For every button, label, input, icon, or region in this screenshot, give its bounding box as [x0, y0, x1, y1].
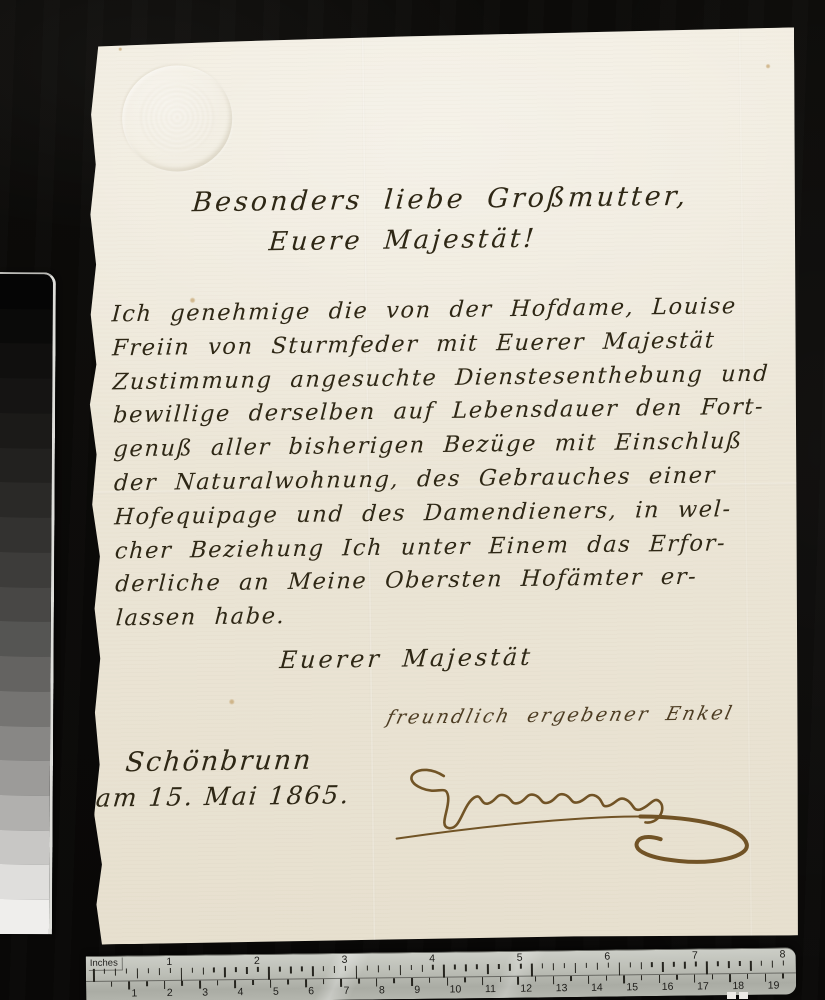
inch-tick: [520, 964, 522, 969]
grayscale-step: [0, 864, 49, 899]
salutation-line-2: Euere Majestät!: [46, 221, 760, 260]
inch-tick: [399, 965, 401, 975]
inch-tick: [257, 967, 259, 972]
inch-tick: [334, 966, 336, 973]
inch-tick: [706, 961, 708, 974]
grayscale-step: [0, 656, 51, 691]
grayscale-step: [0, 830, 50, 865]
inch-tick: [323, 966, 325, 971]
cm-number: 10: [450, 983, 462, 995]
inch-number: 2: [254, 955, 260, 967]
inch-tick: [761, 961, 763, 966]
foxing-spot: [118, 47, 122, 51]
ruler: Inches 123456781234567891011121314151617…: [86, 947, 797, 1000]
cm-tick: [588, 976, 590, 984]
inch-tick: [531, 964, 533, 977]
inch-tick: [290, 966, 292, 973]
salutation-line-1: Besonders liebe Großmutter,: [83, 179, 797, 219]
grayscale-step: [0, 726, 50, 761]
grayscale-step: [0, 378, 52, 413]
half-cm-tick: [570, 976, 572, 981]
place-line: Schönbrunn: [124, 745, 314, 778]
inch-tick: [454, 964, 456, 969]
inch-tick: [607, 963, 609, 968]
inch-tick: [739, 961, 741, 966]
cm-number: 19: [768, 980, 780, 992]
half-cm-tick: [111, 982, 113, 987]
inch-tick: [367, 966, 369, 971]
grayscale-step: [0, 517, 52, 552]
cm-tick: [270, 980, 272, 988]
cm-tick: [623, 975, 625, 983]
cm-number: 3: [202, 987, 208, 999]
grayscale-calibration-strip: [0, 272, 56, 934]
ruler-divider: [86, 972, 796, 982]
half-cm-tick: [747, 974, 749, 979]
grayscale-step: [0, 552, 51, 587]
grayscale-step: [0, 760, 50, 795]
half-cm-tick: [146, 981, 148, 986]
grayscale-step: [0, 621, 51, 656]
half-cm-tick: [181, 981, 183, 986]
inch-tick: [783, 960, 785, 965]
grayscale-step: [0, 274, 53, 309]
cm-tick: [482, 977, 484, 985]
inch-tick: [750, 961, 752, 971]
grayscale-step: [0, 309, 53, 344]
half-cm-tick: [464, 977, 466, 982]
half-cm-tick: [641, 975, 643, 980]
inch-number: 8: [779, 948, 785, 960]
inch-number: 4: [429, 953, 435, 965]
photographed-letter-scene: Besonders liebe Großmutter, Euere Majest…: [0, 0, 825, 1000]
cm-tick: [447, 978, 449, 986]
inch-tick: [137, 968, 139, 978]
inch-tick: [465, 964, 467, 971]
half-cm-tick: [606, 976, 608, 981]
cm-number: 17: [697, 980, 709, 992]
inch-tick: [148, 968, 150, 973]
inch-tick: [301, 966, 303, 971]
cm-number: 2: [167, 987, 173, 999]
inch-number: 3: [342, 954, 348, 966]
half-cm-tick: [535, 976, 537, 981]
inch-tick: [191, 968, 193, 973]
date-line: am 15. Mai 1865.: [95, 780, 352, 812]
cm-number: 12: [520, 983, 532, 995]
closing-address: Euerer Majestät: [49, 640, 763, 677]
cm-number: 13: [556, 982, 568, 994]
half-cm-tick: [429, 978, 431, 983]
foxing-spot: [90, 51, 97, 58]
letter-paper: Besonders liebe Großmutter, Euere Majest…: [82, 27, 806, 944]
cm-tick: [340, 979, 342, 987]
cm-number: 11: [485, 983, 496, 995]
inch-number: 7: [692, 950, 698, 962]
inch-tick: [202, 968, 204, 975]
inch-tick: [586, 963, 588, 968]
cm-number: 6: [308, 985, 314, 997]
grayscale-step: [0, 413, 52, 448]
inch-tick: [410, 965, 412, 970]
inch-tick: [717, 961, 719, 966]
inch-tick: [575, 963, 577, 973]
cm-tick: [729, 974, 731, 982]
inch-tick: [476, 964, 478, 969]
inch-tick: [432, 965, 434, 970]
half-cm-tick: [676, 975, 678, 980]
inch-tick: [246, 967, 248, 974]
inch-tick: [695, 962, 697, 967]
inch-tick: [312, 966, 314, 976]
cm-tick: [694, 975, 696, 983]
half-cm-tick: [782, 973, 784, 978]
cm-tick: [659, 975, 661, 983]
inch-tick: [684, 962, 686, 969]
inch-tick: [651, 962, 653, 967]
cm-number: 15: [626, 981, 638, 993]
inch-tick: [640, 962, 642, 969]
inch-tick: [104, 969, 106, 974]
inch-tick: [498, 964, 500, 969]
sticker-fragment: [727, 992, 736, 999]
cm-tick: [164, 981, 166, 989]
inch-tick: [443, 965, 445, 978]
grayscale-step: [0, 482, 52, 517]
signature-flourish: [382, 750, 774, 885]
cm-tick: [765, 974, 767, 982]
inch-tick: [224, 967, 226, 977]
sticker-fragment: [739, 992, 748, 999]
embossed-imperial-seal-icon: [121, 65, 232, 172]
inch-tick: [356, 966, 358, 979]
inch-tick: [378, 965, 380, 972]
inch-tick: [487, 964, 489, 974]
inch-tick: [597, 963, 599, 970]
inch-tick: [662, 962, 664, 972]
inch-tick: [345, 966, 347, 971]
half-cm-tick: [252, 980, 254, 985]
cm-number: 14: [591, 982, 603, 994]
inch-tick: [170, 968, 172, 973]
inch-tick: [126, 968, 128, 973]
cm-number: 4: [237, 986, 243, 998]
cm-tick: [305, 979, 307, 987]
grayscale-step: [0, 343, 53, 378]
inch-tick: [564, 963, 566, 968]
inch-tick: [159, 968, 161, 975]
letter-body-line: lassen habe.: [115, 594, 789, 637]
cm-number: 8: [379, 984, 385, 996]
inch-tick: [421, 965, 423, 972]
inch-tick: [509, 964, 511, 971]
grayscale-step: [0, 795, 50, 830]
cm-tick: [553, 976, 555, 984]
inch-tick: [673, 962, 675, 967]
half-cm-tick: [393, 978, 395, 983]
cm-tick: [128, 981, 130, 989]
half-cm-tick: [712, 974, 714, 979]
half-cm-tick: [500, 977, 502, 982]
half-cm-tick: [323, 979, 325, 984]
inch-tick: [235, 967, 237, 972]
inch-tick: [268, 967, 270, 980]
half-cm-tick: [358, 979, 360, 984]
inch-tick: [180, 968, 182, 981]
grayscale-step: [0, 899, 49, 934]
foxing-spot: [766, 64, 771, 69]
inch-tick: [553, 963, 555, 970]
inch-tick: [279, 967, 281, 972]
grayscale-step: [0, 448, 52, 483]
cm-number: 5: [273, 986, 279, 998]
inch-number: 1: [166, 956, 172, 968]
inch-tick: [629, 962, 631, 967]
inch-tick: [115, 969, 117, 976]
valediction-line: freundlich ergebener Enkel: [384, 702, 736, 729]
inch-tick: [542, 963, 544, 968]
cm-number: 1: [131, 987, 137, 999]
grayscale-steps: [0, 274, 53, 934]
half-cm-tick: [217, 980, 219, 985]
cm-number: 7: [344, 985, 350, 997]
cm-tick: [234, 980, 236, 988]
half-cm-tick: [287, 980, 289, 985]
inch-tick: [728, 961, 730, 968]
foxing-spot: [229, 699, 235, 705]
inch-tick: [213, 967, 215, 972]
cm-number: 9: [414, 984, 420, 996]
grayscale-step: [0, 587, 51, 622]
cm-tick: [517, 977, 519, 985]
cm-tick: [199, 981, 201, 989]
inch-tick: [93, 969, 95, 982]
letter-body: Ich genehmige die von der Hofdame, Louis…: [112, 290, 788, 637]
cm-number: 18: [732, 980, 744, 992]
grayscale-step: [0, 691, 50, 726]
cm-tick: [376, 978, 378, 986]
inch-number: 5: [517, 952, 523, 964]
inch-tick: [618, 962, 620, 975]
inch-tick: [388, 965, 390, 970]
cm-number: 16: [662, 981, 674, 993]
inch-number: 6: [604, 951, 610, 963]
inch-tick: [772, 961, 774, 968]
cm-tick: [411, 978, 413, 986]
